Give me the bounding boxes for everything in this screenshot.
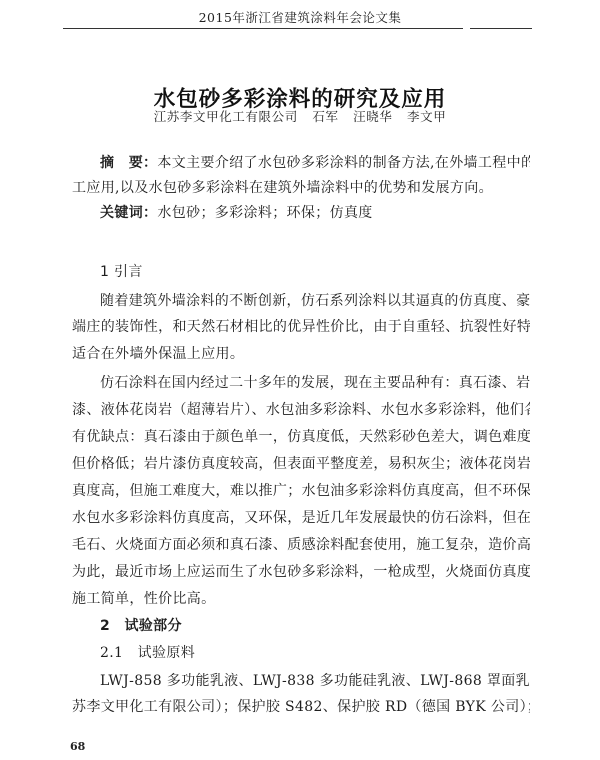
body-line: 但价格低；岩片漆仿真度较高，但表面平整度差，易积灰尘；液体花岗岩仿	[72, 455, 530, 473]
abstract-line-2: 工应用,以及水包砂多彩涂料在建筑外墙涂料中的优势和发展方向。	[72, 179, 530, 197]
body-line: 适合在外墙外保温上应用。	[72, 345, 530, 363]
keywords-line: 关键词：水包砂；多彩涂料；环保；仿真度	[100, 204, 530, 222]
body-line: 仿石涂料在国内经过二十多年的发展，现在主要品种有：真石漆、岩片	[100, 374, 530, 392]
body-line: 苏李文甲化工有限公司）；保护胶 S482、保护胶 RD（德国 BYK 公司）；颜	[72, 698, 530, 716]
body-line: 漆、液体花岗岩（超薄岩片）、水包油多彩涂料、水包水多彩涂料，他们各	[72, 401, 530, 419]
body-line: 真度高，但施工难度大，难以推广；水包油多彩涂料仿真度高，但不环保；	[72, 482, 530, 500]
page-number: 68	[70, 740, 85, 753]
body-line: 随着建筑外墙涂料的不断创新，仿石系列涂料以其逼真的仿真度、豪华	[100, 292, 530, 310]
body-line: 施工简单，性价比高。	[72, 590, 530, 608]
abstract-line-1: 摘 要：本文主要介绍了水包砂多彩涂料的制备方法,在外墙工程中的施	[100, 154, 530, 172]
authors-affiliation: 江苏李文甲化工有限公司 石军 汪晓华 李文甲	[0, 107, 600, 125]
body-line: LWJ-858 多功能乳液、LWJ-838 多功能硅乳液、LWJ-868 罩面乳…	[100, 672, 530, 690]
body-line: 水包水多彩涂料仿真度高，又环保，是近几年发展最快的仿石涂料，但在仿	[72, 509, 530, 527]
keywords-label: 关键词：	[100, 205, 157, 221]
section-1-heading: 1 引言	[100, 263, 530, 281]
keywords-text: 水包砂；多彩涂料；环保；仿真度	[157, 205, 372, 221]
body-line: 为此，最近市场上应运而生了水包砂多彩涂料，一枪成型，火烧面仿真度高，	[72, 563, 530, 581]
section-2-heading: 2 试验部分	[100, 617, 530, 635]
header-rule-segment	[470, 28, 532, 29]
body-line: 有优缺点：真石漆由于颜色单一，仿真度低，天然彩砂色差大，调色难度大，	[72, 428, 530, 446]
body-line: 毛石、火烧面方面必须和真石漆、质感涂料配套使用，施工复杂，造价高。	[72, 536, 530, 554]
body-line: 端庄的装饰性，和天然石材相比的优异性价比，由于自重轻、抗裂性好特别	[72, 318, 530, 336]
header-rule	[63, 28, 463, 29]
abstract-label: 摘 要：	[100, 155, 157, 171]
abstract-text-1: 本文主要介绍了水包砂多彩涂料的制备方法,在外墙工程中的施	[157, 155, 530, 171]
running-header: 2015年浙江省建筑涂料年会论文集	[0, 8, 600, 26]
subsection-2-1-heading: 2.1 试验原料	[100, 644, 530, 662]
